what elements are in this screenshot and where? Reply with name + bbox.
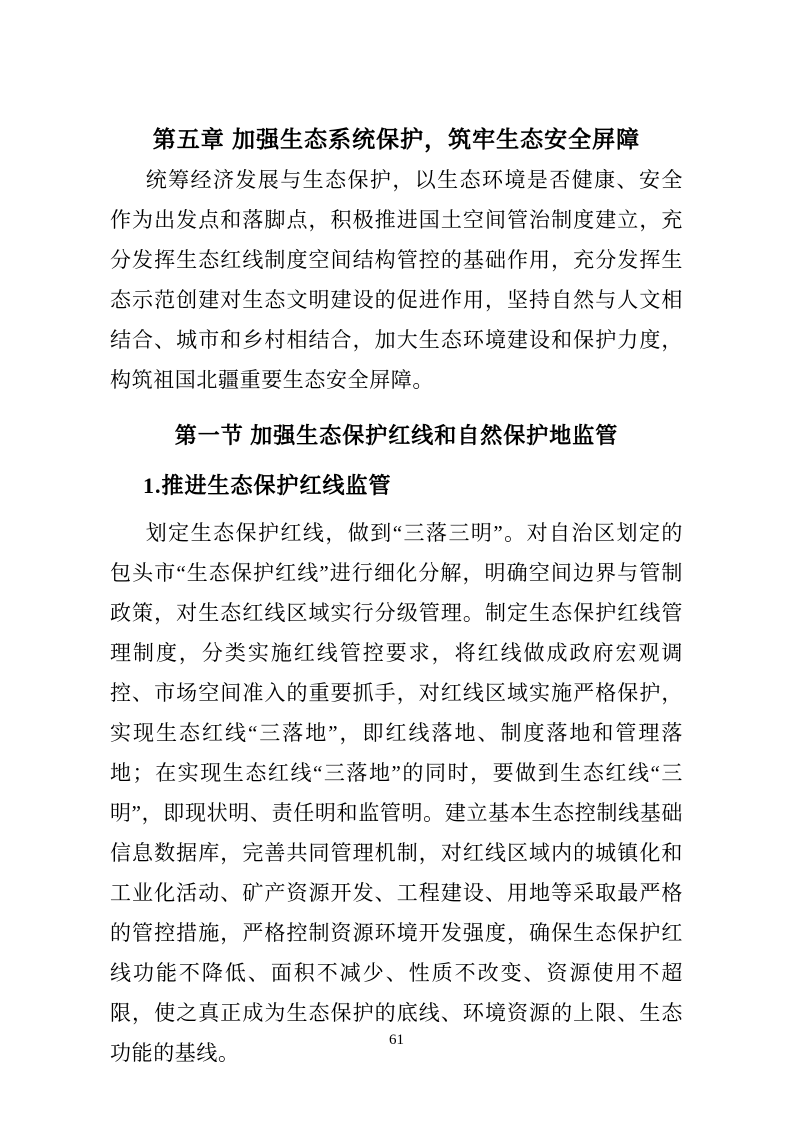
intro-paragraph: 统筹经济发展与生态保护，以生态环境是否健康、安全作为出发点和落脚点，积极推进国土… xyxy=(110,160,683,400)
chapter-title: 第五章 加强生态系统保护，筑牢生态安全屏障 xyxy=(110,118,683,160)
page-number: 61 xyxy=(0,1030,793,1050)
subsection-paragraph: 划定生态保护红线，做到“三落三明”。对自治区划定的包头市“生态保护红线”进行细化… xyxy=(110,513,683,1073)
section-title: 第一节 加强生态保护红线和自然保护地监管 xyxy=(110,416,683,456)
subsection-title: 1.推进生态保护红线监管 xyxy=(110,466,683,506)
document-page: 第五章 加强生态系统保护，筑牢生态安全屏障 统筹经济发展与生态保护，以生态环境是… xyxy=(0,0,793,1122)
page-content: 第五章 加强生态系统保护，筑牢生态安全屏障 统筹经济发展与生态保护，以生态环境是… xyxy=(110,118,683,1073)
